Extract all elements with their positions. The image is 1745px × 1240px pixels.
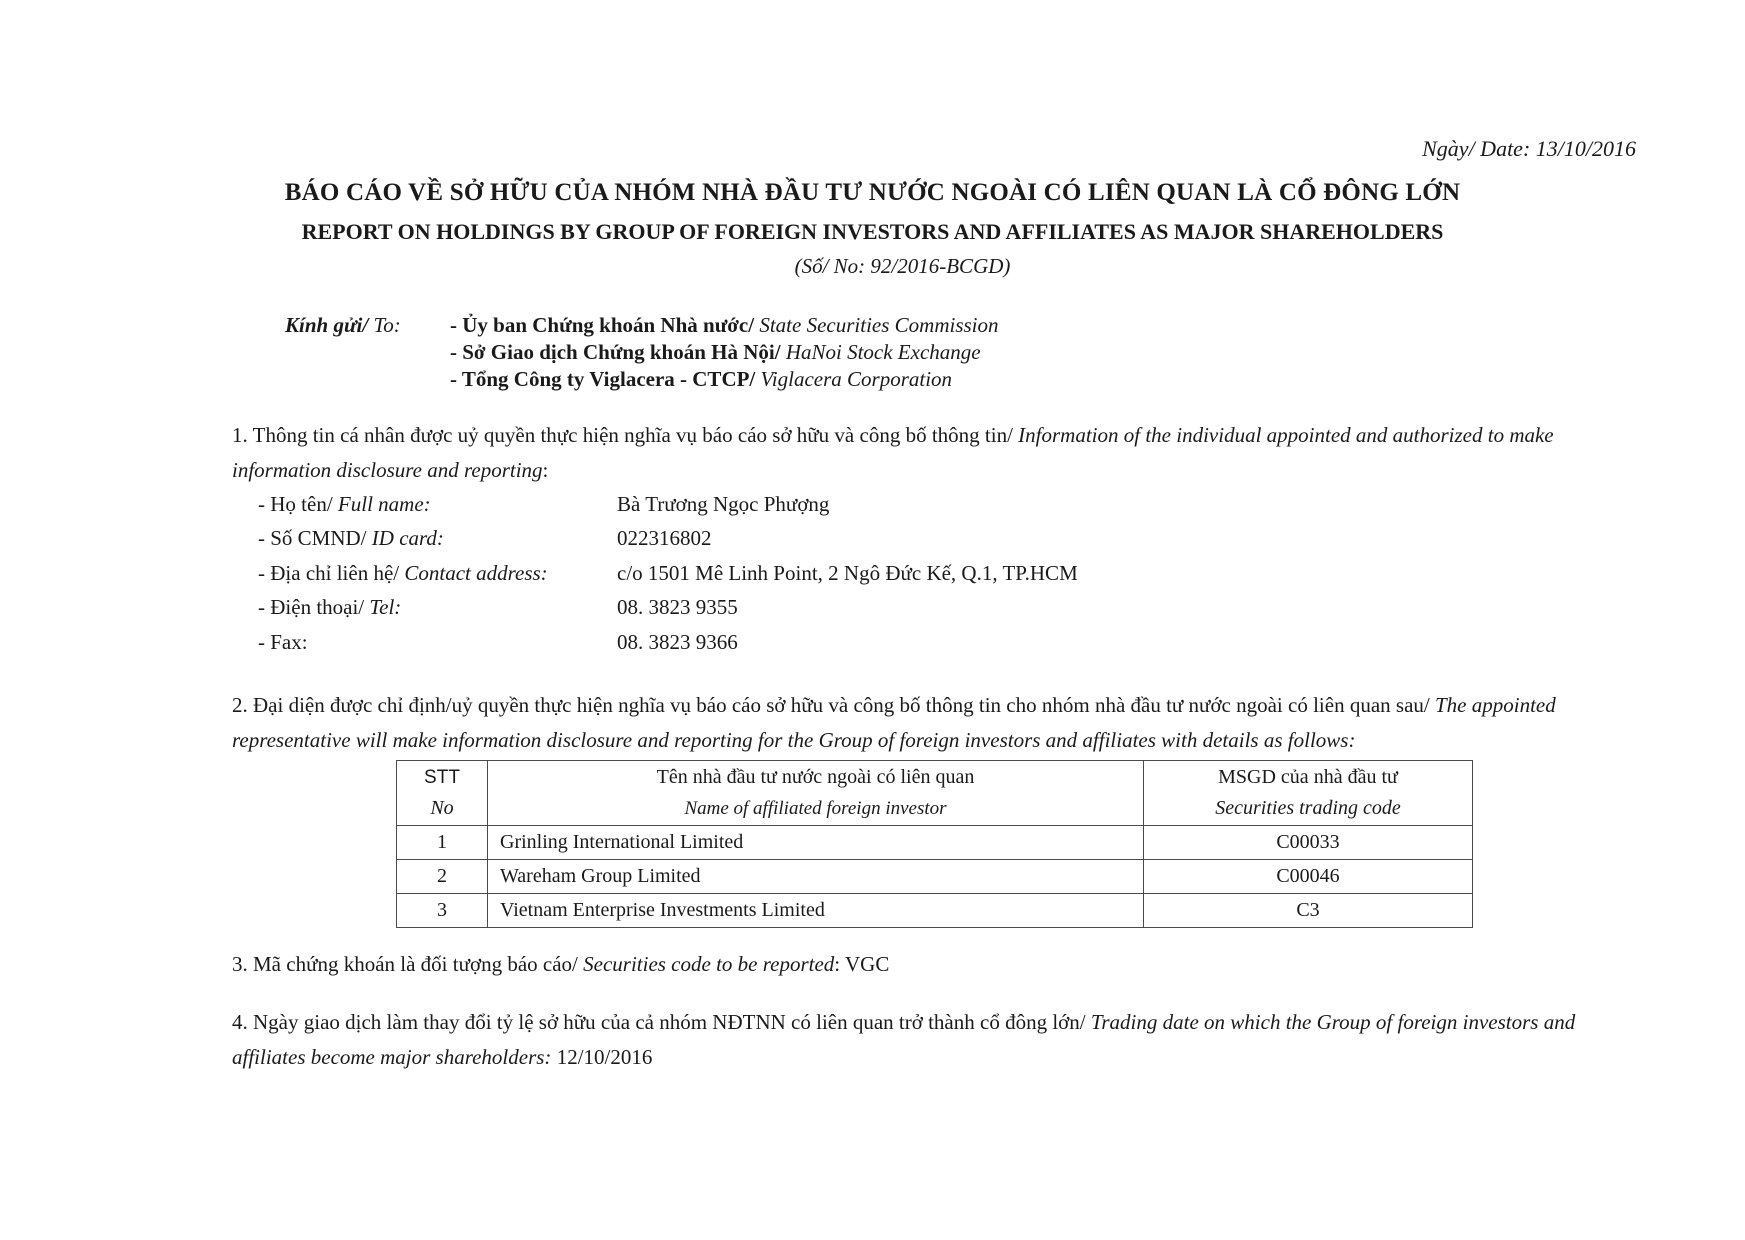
section-3-vn: 3. Mã chứng khoán là đối tượng báo cáo/: [232, 952, 583, 976]
cell-no: 3: [397, 894, 488, 928]
title-english: REPORT ON HOLDINGS BY GROUP OF FOREIGN I…: [0, 219, 1745, 245]
table-row: 1 Grinling International Limited C00033: [397, 826, 1473, 860]
trading-date: 12/10/2016: [551, 1045, 652, 1069]
field-value-contact-address: c/o 1501 Mê Linh Point, 2 Ngô Đức Kế, Q.…: [617, 561, 1078, 586]
field-value-tel: 08. 3823 9355: [617, 595, 738, 620]
field-label-fax: - Fax:: [258, 630, 308, 655]
recipients-label: Kính gửi/ To:: [285, 313, 401, 338]
section-4-vn: 4. Ngày giao dịch làm thay đổi tỷ lệ sở …: [232, 1010, 1091, 1034]
recipient-item: - Sở Giao dịch Chứng khoán Hà Nội/ HaNoi…: [450, 340, 981, 365]
cell-investor-name: Wareham Group Limited: [488, 860, 1144, 894]
section-4: 4. Ngày giao dịch làm thay đổi tỷ lệ sở …: [232, 1005, 1642, 1075]
section-1-vn: 1. Thông tin cá nhân được uỷ quyền thực …: [232, 423, 1018, 447]
section-3-en: Securities code to be reported: [583, 952, 834, 976]
field-value-fax: 08. 3823 9366: [617, 630, 738, 655]
cell-investor-name: Vietnam Enterprise Investments Limited: [488, 894, 1144, 928]
section-1-tail: :: [543, 458, 549, 482]
table-row: 3 Vietnam Enterprise Investments Limited…: [397, 894, 1473, 928]
recipient-item: - Tổng Công ty Viglacera - CTCP/ Viglace…: [450, 367, 952, 392]
affiliated-investors-table: STTNo Tên nhà đầu tư nước ngoài có liên …: [396, 760, 1473, 928]
recipient-en: State Securities Commission: [754, 313, 998, 337]
section-3: 3. Mã chứng khoán là đối tượng báo cáo/ …: [232, 947, 1642, 982]
field-value-full-name: Bà Trương Ngọc Phượng: [617, 492, 829, 517]
report-date: Ngày/ Date: 13/10/2016: [1422, 136, 1636, 162]
cell-investor-name: Grinling International Limited: [488, 826, 1144, 860]
cell-trading-code: C00046: [1144, 860, 1473, 894]
field-label-id-card: - Số CMND/ ID card:: [258, 526, 444, 551]
recipients-label-en: To:: [368, 313, 401, 337]
header-investor-name: Tên nhà đầu tư nước ngoài có liên quanNa…: [488, 761, 1144, 826]
section-2-heading: 2. Đại diện được chỉ định/uỷ quyền thực …: [232, 688, 1642, 758]
cell-no: 1: [397, 826, 488, 860]
recipient-vn: - Tổng Công ty Viglacera - CTCP/: [450, 367, 755, 391]
field-label-full-name: - Họ tên/ Full name:: [258, 492, 431, 517]
table-header-row: STTNo Tên nhà đầu tư nước ngoài có liên …: [397, 761, 1473, 826]
header-no: STTNo: [397, 761, 488, 826]
recipient-en: HaNoi Stock Exchange: [781, 340, 981, 364]
recipient-vn: - Sở Giao dịch Chứng khoán Hà Nội/: [450, 340, 781, 364]
table-row: 2 Wareham Group Limited C00046: [397, 860, 1473, 894]
recipient-item: - Ủy ban Chứng khoán Nhà nước/ State Sec…: [450, 313, 999, 338]
title-vietnamese: BÁO CÁO VỀ SỞ HỮU CỦA NHÓM NHÀ ĐẦU TƯ NƯ…: [0, 179, 1745, 207]
securities-code: : VGC: [834, 952, 889, 976]
field-value-id-card: 022316802: [617, 526, 712, 551]
section-2-vn: 2. Đại diện được chỉ định/uỷ quyền thực …: [232, 693, 1435, 717]
recipient-vn: - Ủy ban Chứng khoán Nhà nước/: [450, 313, 754, 337]
cell-trading-code: C3: [1144, 894, 1473, 928]
recipients-label-vn: Kính gửi/: [285, 313, 368, 337]
cell-no: 2: [397, 860, 488, 894]
cell-trading-code: C00033: [1144, 826, 1473, 860]
header-trading-code: MSGD của nhà đầu tưSecurities trading co…: [1144, 761, 1473, 826]
recipient-en: Viglacera Corporation: [755, 367, 952, 391]
section-1-heading: 1. Thông tin cá nhân được uỷ quyền thực …: [232, 418, 1642, 488]
field-label-tel: - Điện thoại/ Tel:: [258, 595, 401, 620]
document-number: (Số/ No: 92/2016-BCGD): [0, 254, 1745, 279]
field-label-contact-address: - Địa chỉ liên hệ/ Contact address:: [258, 561, 548, 586]
